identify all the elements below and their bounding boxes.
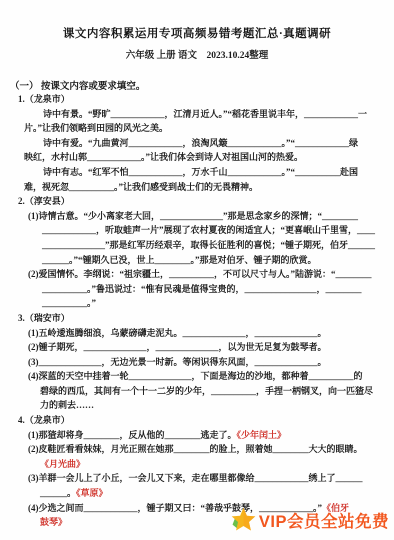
document-line: ______。”“锺期久已没，世上________。”那是对伯牙、锺子期的欣赏。 [10,253,390,268]
document-text: 力的刺去…… [40,400,94,410]
document-line: (3)______________，无边光景一时新。等闲识得东风面，______… [10,355,390,370]
document-text: ____________，听取蛙声一片”展现了农村夏夜的闲适宜人；“更喜岷山千里… [42,225,375,235]
document-line: (2)皮鞋匠看看妹妹，月光正照在她那________的脸上，照着她_______… [10,442,390,457]
document-line: (1)五岭逶迤腾细浪，乌蒙磅礴走泥丸。______________，______… [10,326,390,341]
document-line: 难，视死忽__________。”让我们感受到战士们的无畏精神。 [10,180,390,195]
document-text: 映红，水村山郭____________。”让我们体会到诗人对祖国山河的热爱。 [24,152,303,162]
document-line: ____________，听取蛙声一片”展现了农村夏夜的闲适宜人；“更喜岷山千里… [10,223,390,238]
document-text: 4.（龙泉市） [18,415,70,425]
vip-watermark[interactable]: VIP会员全站免费 [230,506,389,533]
document-line: __________。” [10,296,390,311]
document-line: 力的刺去…… [10,398,390,413]
document-text: __________。”鲁迅说过：“惟有民魂是值得宝贵的，___________… [42,284,362,294]
document-page: 课文内容积累运用专项高频易错考题汇总·真题调研 六年级 上册 语文 2023.1… [0,0,394,540]
document-line: 片。”让我们领略到田园的风光之美。 [10,121,390,136]
document-text: (3)羊群一会儿上了小丘，一会儿又下来，走在哪里都像给____________绣… [28,473,363,483]
book-title-red-text: 《少年闰土》 [237,430,287,440]
document-line: 诗中有景。“野旷____________，江清月近人。”“稻花香里说丰年，___… [10,107,390,122]
document-text: ______。”“锺期久已没，世上________。”那是对伯牙、锺子期的欣赏。 [42,255,317,265]
document-line: 诗中有爱。“九曲黄河____________，浪淘风簸____________。… [10,136,390,151]
document-text: (1)诗情古意。“少小离家老大回，______________”那是思念家乡的深… [28,211,358,221]
document-text: 片。”让我们领略到田园的风光之美。 [24,123,168,133]
document-text: (2)爱国情怀。李纲说：“祖宗疆土，__________，不可以尺寸与人。”陆游… [28,269,372,279]
document-line: 诗中有志。“红军不怕____________，万水千山____________。… [10,165,390,180]
document-subtitle: 六年级 上册 语文 2023.10.24整理 [0,47,394,61]
document-text: __________。” [42,298,96,308]
document-text: 1.（龙泉市） [18,94,70,104]
star-icon [230,506,257,533]
document-text: ______。 [40,488,76,498]
document-line: 《月光曲》 [10,457,390,472]
document-body: 1.（龙泉市）诗中有景。“野旷____________，江清月近人。”“稻花香里… [10,92,390,540]
document-text: (1)那猹却将身________，反从他的________逃走了。 [28,430,237,440]
document-line: 2.（淳安县） [10,194,390,209]
document-text: (3)______________，无边光景一时新。等闲识得东风面，______… [28,357,327,367]
document-text: 3.（瑞安市） [18,313,70,323]
document-text: (2)皮鞋匠看看妹妹，月光正照在她那________的脸上，照着她_______… [28,444,363,454]
document-line: ______________”那是红军历经艰辛，取得长征胜利的喜悦；“锺子期死，… [10,238,390,253]
document-title: 课文内容积累运用专项高频易错考题汇总·真题调研 [0,25,394,41]
document-line: __________。”鲁迅说过：“惟有民魂是值得宝贵的，___________… [10,282,390,297]
document-line: (2)锺子期死，______________，______________，以为… [10,340,390,355]
document-text: (1)五岭逶迤腾细浪，乌蒙磅礴走泥丸。______________，______… [28,328,327,338]
document-text: 诗中有景。“野旷____________，江清月近人。”“稻花香里说丰年，___… [43,109,367,119]
document-line: 映红，水村山郭____________。”让我们体会到诗人对祖国山河的热爱。 [10,150,390,165]
book-title-red-text: 《月光曲》 [40,459,85,469]
document-text: 碧绿的西瓜，其间有一个十一二岁的少年，__________，手捏一柄钢叉，向一匹… [40,386,373,396]
document-text: 诗中有志。“红军不怕____________，万水千山____________。… [43,167,358,177]
document-line: (1)那猹却将身________，反从他的________逃走了。《少年闰土》 [10,428,390,443]
document-text: (2)锺子期死，______________，______________，以为… [28,342,327,352]
document-line: 1.（龙泉市） [10,92,390,107]
document-line: (3)羊群一会儿上了小丘，一会儿又下来，走在哪里都像给____________绣… [10,471,390,486]
document-line: 碧绿的西瓜，其间有一个十一二岁的少年，__________，手捏一柄钢叉，向一匹… [10,384,390,399]
document-text: 2.（淳安县） [18,196,70,206]
document-line: 3.（瑞安市） [10,311,390,326]
document-line: (4)深蓝的天空中挂着一轮______________，下面是海边的沙地，都种着… [10,369,390,384]
document-line: ______。《草原》 [10,486,390,501]
section-heading: （一） 按课文内容或要求填空。 [10,78,386,92]
document-line: (1)诗情古意。“少小离家老大回，______________”那是思念家乡的深… [10,209,390,224]
vip-watermark-label: VIP会员全站免费 [259,508,389,532]
document-text: 难，视死忽__________。”让我们感受到战士们的无畏精神。 [24,182,258,192]
document-text: (4)深蓝的天空中挂着一轮______________，下面是海边的沙地，都种着… [28,371,363,381]
document-line: (2)爱国情怀。李纲说：“祖宗疆土，__________，不可以尺寸与人。”陆游… [10,267,390,282]
document-line: 4.（龙泉市） [10,413,390,428]
document-text: 诗中有爱。“九曲黄河____________，浪淘风簸____________。… [43,138,358,148]
book-title-red-text: 鼓琴》 [40,517,67,527]
book-title-red-text: 《草原》 [76,488,108,498]
document-text: ______________”那是红军历经艰辛，取得长征胜利的喜悦；“锺子期死，… [42,240,375,250]
